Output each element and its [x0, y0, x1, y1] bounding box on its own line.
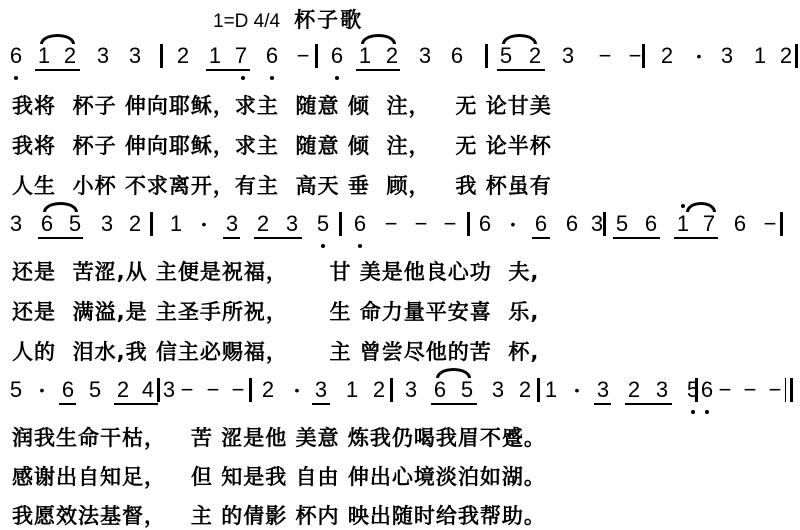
bar-line — [339, 212, 342, 236]
note: 2 — [779, 44, 793, 68]
bar-line — [315, 44, 318, 68]
lyric-line-3-verse-2: 感谢出自知足， 但 知是我 自由 伸出心境淡泊如湖。 — [12, 461, 546, 491]
dash-extension: − — [414, 212, 428, 236]
eighth-note-underline — [532, 237, 550, 239]
dash-extension: − — [628, 44, 642, 68]
note: 3 — [404, 378, 418, 402]
dash-extension: − — [768, 378, 782, 402]
eighth-note-underline — [674, 237, 718, 239]
note: 7 — [702, 212, 716, 236]
note: 5 — [68, 212, 82, 236]
bar-line — [642, 44, 645, 68]
eighth-note-underline — [497, 69, 545, 71]
eighth-note-underline — [625, 403, 672, 405]
note: 6 — [353, 212, 367, 236]
eighth-note-underline — [312, 403, 330, 405]
lower-octave-dot — [691, 410, 695, 414]
note: 2 — [261, 378, 275, 402]
bar-line — [795, 44, 798, 68]
final-bar-line-thin — [785, 378, 786, 402]
lower-octave-dot — [335, 76, 339, 80]
note: 6 — [330, 44, 344, 68]
note: 2 — [116, 378, 130, 402]
slur-arc — [502, 34, 537, 44]
bar-line — [695, 378, 698, 402]
note: 3 — [720, 44, 734, 68]
lyric-line-3-verse-3: 我愿效法基督， 主 的倩影 杯内 映出随时给我帮助。 — [12, 500, 546, 530]
eighth-note-underline — [114, 403, 158, 405]
lyric-line-3-verse-1: 润我生命干枯， 苦 涩是他 美意 炼我仍喝我眉不蹙。 — [12, 422, 546, 452]
note: 2 — [176, 44, 190, 68]
note: 3 — [596, 378, 610, 402]
dash-extension: − — [743, 378, 757, 402]
note: 3 — [9, 212, 23, 236]
note: 1 — [345, 378, 359, 402]
note: 6 — [450, 44, 464, 68]
note: 3 — [128, 44, 142, 68]
notation-line-3: 5•65243−−−2•312365321•32356−−− — [0, 370, 800, 410]
dash-extension: − — [180, 378, 194, 402]
dot-duration: • — [692, 44, 706, 68]
slur-arc — [361, 34, 396, 44]
dash-extension: − — [443, 212, 457, 236]
bar-line — [390, 378, 393, 402]
bar-line — [603, 212, 606, 236]
slur-arc — [40, 34, 75, 44]
note: 3 — [314, 378, 328, 402]
dash-extension: − — [763, 212, 777, 236]
dash-extension: − — [206, 378, 220, 402]
note: 5 — [499, 44, 513, 68]
dot-duration: • — [570, 378, 584, 402]
lyric-line-2-verse-3: 人的 泪水,我 信主必赐福， 主 曾尝尽他的苦 杯, — [12, 336, 539, 366]
slur-arc — [436, 368, 471, 378]
eighth-note-underline — [431, 403, 477, 405]
note: 3 — [100, 212, 114, 236]
slur-arc — [43, 202, 78, 212]
note: 1 — [544, 378, 558, 402]
lower-octave-dot — [241, 76, 245, 80]
lyric-line-2-verse-2: 还是 满溢,是 主圣手所祝， 生 命力量平安喜 乐, — [12, 296, 539, 326]
lower-octave-dot — [14, 76, 18, 80]
song-title: 杯子歌 — [294, 8, 363, 32]
eighth-note-underline — [356, 69, 400, 71]
note: 3 — [590, 212, 604, 236]
eighth-note-underline — [594, 403, 611, 405]
note: 6 — [9, 44, 23, 68]
bar-line — [157, 378, 160, 402]
dot-duration: • — [197, 212, 211, 236]
key-time-signature: 1=D 4/4 — [213, 11, 280, 32]
note: 1 — [358, 44, 372, 68]
note: 6 — [700, 378, 714, 402]
note: 2 — [627, 378, 641, 402]
lower-octave-dot — [270, 76, 274, 80]
note: 6 — [644, 212, 658, 236]
note: 6 — [534, 212, 548, 236]
note: 5 — [9, 378, 23, 402]
note: 5 — [615, 212, 629, 236]
dot-duration: • — [35, 378, 49, 402]
dash-extension: − — [598, 44, 612, 68]
note: 3 — [285, 212, 299, 236]
lower-octave-dot — [358, 244, 362, 248]
dash-extension: − — [296, 44, 310, 68]
bar-line — [485, 44, 488, 68]
eighth-note-underline — [613, 237, 660, 239]
final-bar-line — [790, 378, 793, 402]
note: 5 — [460, 378, 474, 402]
dot-duration: • — [506, 212, 520, 236]
note: 1 — [753, 44, 767, 68]
dash-extension: − — [384, 212, 398, 236]
eighth-note-underline — [59, 403, 76, 405]
dash-extension: − — [718, 378, 732, 402]
note: 1 — [208, 44, 222, 68]
dash-extension: − — [231, 378, 245, 402]
lyric-line-1-verse-1: 我将 杯子 伸向耶稣，求主 随意 倾 注， 无 论甘美 — [12, 90, 552, 120]
note: 2 — [128, 212, 142, 236]
note: 2 — [660, 44, 674, 68]
note: 6 — [265, 44, 279, 68]
note: 5 — [316, 212, 330, 236]
bar-line — [150, 212, 153, 236]
lyric-line-2-verse-1: 还是 苦涩,从 主便是祝福， 甘 美是他良心功 夫, — [12, 256, 539, 286]
note: 3 — [96, 44, 110, 68]
note: 6 — [61, 378, 75, 402]
bar-line — [537, 378, 540, 402]
eighth-note-underline — [35, 69, 80, 71]
note: 2 — [63, 44, 77, 68]
note: 2 — [372, 378, 386, 402]
note: 6 — [733, 212, 747, 236]
bar-line — [160, 44, 163, 68]
bar-line — [249, 378, 252, 402]
note: 3 — [162, 378, 176, 402]
note: 2 — [518, 378, 532, 402]
note: 2 — [256, 212, 270, 236]
note: 7 — [234, 44, 248, 68]
note: 6 — [40, 212, 54, 236]
note: 1 — [676, 212, 690, 236]
dot-duration: • — [290, 378, 304, 402]
note: 6 — [478, 212, 492, 236]
note: 6 — [565, 212, 579, 236]
eighth-note-underline — [223, 237, 240, 239]
note: 6 — [433, 378, 447, 402]
upper-octave-dot — [681, 204, 685, 208]
note: 2 — [385, 44, 399, 68]
note: 3 — [655, 378, 669, 402]
song-header: 1=D 4/4 杯子歌 — [213, 4, 363, 34]
note: 3 — [418, 44, 432, 68]
note: 2 — [528, 44, 542, 68]
note: 4 — [141, 378, 155, 402]
note: 3 — [561, 44, 575, 68]
bar-line — [780, 212, 783, 236]
note: 3 — [491, 378, 505, 402]
note: 5 — [88, 378, 102, 402]
note: 3 — [225, 212, 239, 236]
bar-line — [467, 212, 470, 236]
lyric-line-1-verse-3: 人生 小杯 不求离开，有主 高天 垂 顾， 我 杯虽有 — [12, 170, 552, 200]
note: 1 — [37, 44, 51, 68]
eighth-note-underline — [254, 237, 302, 239]
note: 1 — [169, 212, 183, 236]
slur-arc — [686, 202, 716, 212]
lower-octave-dot — [705, 410, 709, 414]
eighth-note-underline — [206, 69, 250, 71]
eighth-note-underline — [38, 237, 83, 239]
lower-octave-dot — [321, 244, 325, 248]
notation-line-1: 612332176−61236523−−2•312 — [0, 36, 800, 76]
notation-line-2: 365321•32356−−−6•66356176− — [0, 204, 800, 244]
lyric-line-1-verse-2: 我将 杯子 伸向耶稣，求主 随意 倾 注， 无 论半杯 — [12, 130, 552, 160]
